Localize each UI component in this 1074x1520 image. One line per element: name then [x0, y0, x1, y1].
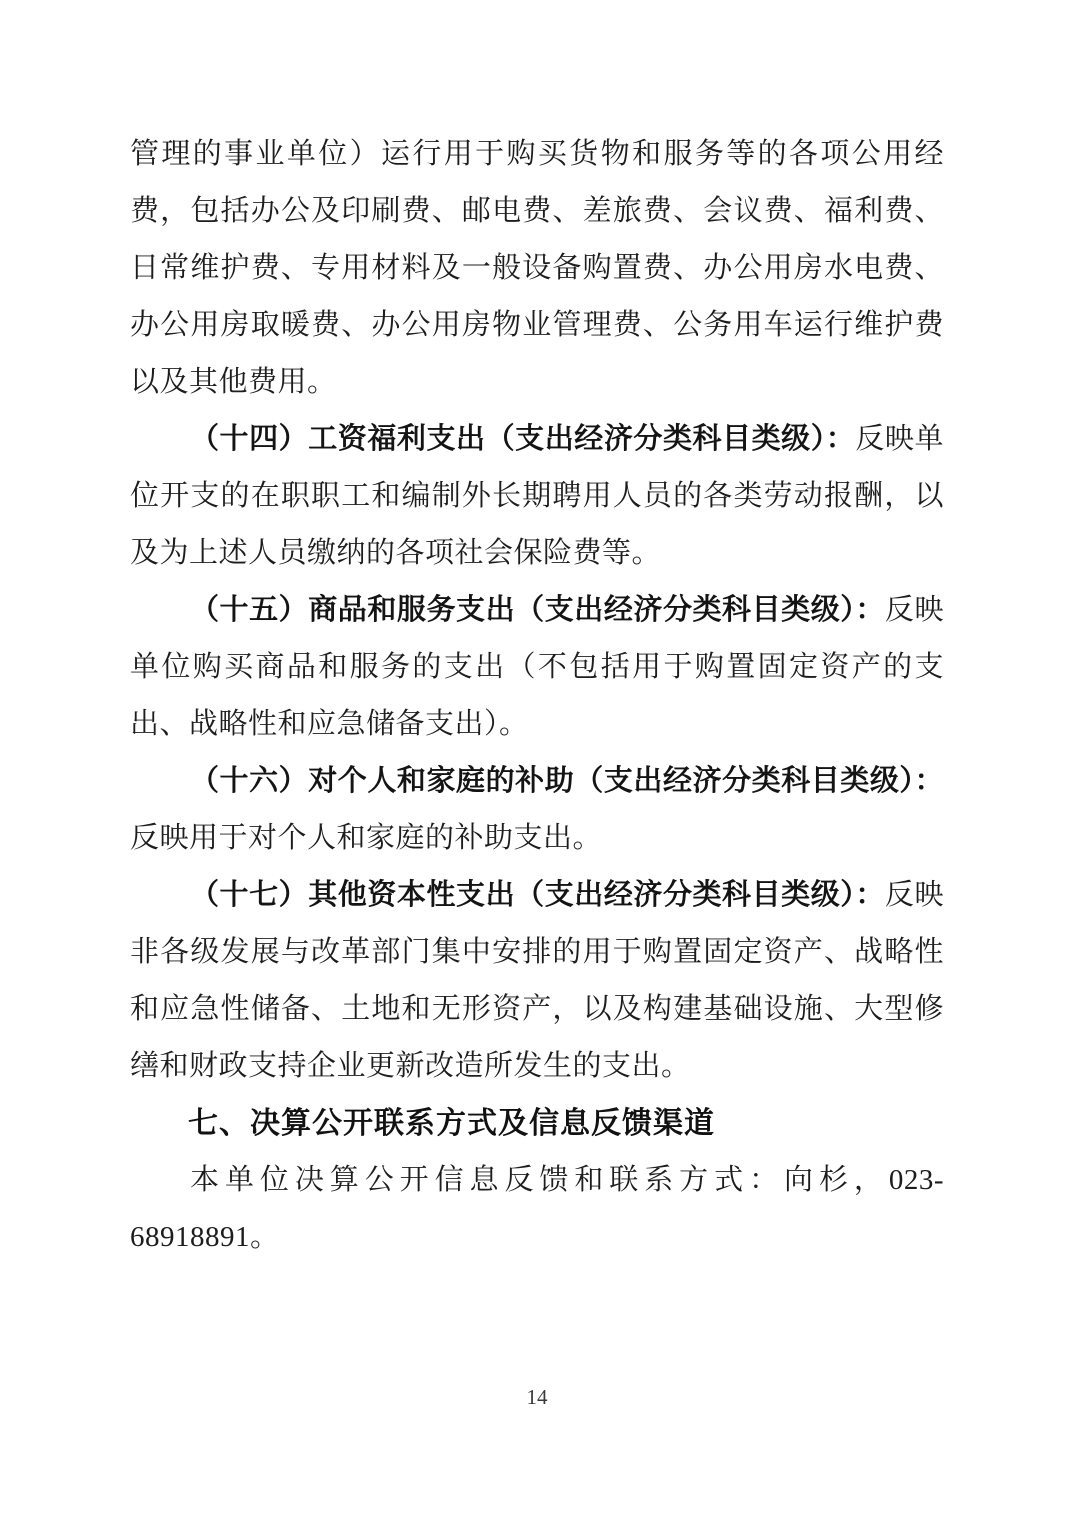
paragraph-contact-info: 本单位决算公开信息反馈和联系方式：向杉，023-68918891。 [130, 1152, 944, 1266]
paragraph-public-funds-continuation: 管理的事业单位）运行用于购买货物和服务等的各项公用经费，包括办公及印刷费、邮电费… [130, 126, 944, 411]
paragraph-item-14: （十四）工资福利支出（支出经济分类科目类级）：反映单位开支的在职职工和编制外长期… [130, 411, 944, 582]
paragraph-item-15: （十五）商品和服务支出（支出经济分类科目类级）：反映单位购买商品和服务的支出（不… [130, 582, 944, 753]
document-page: 管理的事业单位）运行用于购买货物和服务等的各项公用经费，包括办公及印刷费、邮电费… [0, 0, 1074, 1520]
item-16-body: 反映用于对个人和家庭的补助支出。 [130, 822, 602, 854]
page-footer: 14 [0, 1385, 1074, 1410]
item-14-lead: （十四）工资福利支出（支出经济分类科目类级）： [190, 423, 855, 455]
item-17-lead: （十七）其他资本性支出（支出经济分类科目类级）： [190, 879, 885, 911]
page-number: 14 [527, 1385, 548, 1409]
item-16-lead: （十六）对个人和家庭的补助（支出经济分类科目类级）： [190, 765, 944, 797]
paragraph-item-16: （十六）对个人和家庭的补助（支出经济分类科目类级）：反映用于对个人和家庭的补助支… [130, 753, 944, 867]
paragraph-item-17: （十七）其他资本性支出（支出经济分类科目类级）：反映非各级发展与改革部门集中安排… [130, 867, 944, 1095]
document-body: 管理的事业单位）运行用于购买货物和服务等的各项公用经费，包括办公及印刷费、邮电费… [130, 126, 944, 1266]
item-15-lead: （十五）商品和服务支出（支出经济分类科目类级）： [190, 594, 885, 626]
section-heading-contact-channels: 七、决算公开联系方式及信息反馈渠道 [130, 1095, 944, 1152]
